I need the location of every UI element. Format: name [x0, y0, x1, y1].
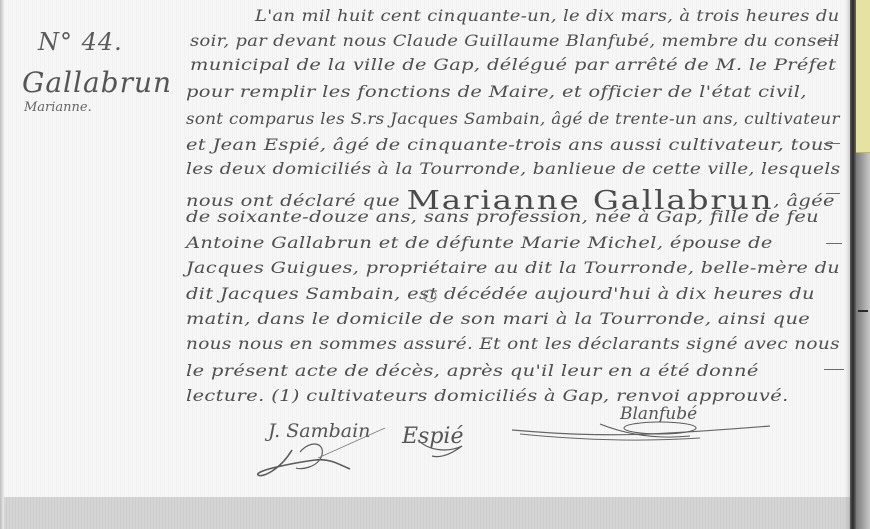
record-line-1: L'an mil huit cent cinquante-un, le dix …: [255, 7, 840, 25]
record-line-16: lecture. (1) cultivateurs domiciliés à G…: [186, 387, 789, 405]
record-line-11: Jacques Guigues, propriétaire au dit la …: [186, 259, 840, 277]
record-line-6: et Jean Espié, âgé de cinquante-trois an…: [186, 136, 834, 154]
record-number: N° 44.: [38, 28, 123, 56]
scanned-register-page: N° 44. Gallabrun Marianne. L'an mil huit…: [0, 0, 870, 529]
signature-sambain: J. Sambain: [268, 420, 370, 442]
line-filler-dash: [826, 243, 842, 244]
signature-blanfube: Blanfubé: [620, 404, 697, 424]
deceased-first-name: Marianne.: [24, 100, 92, 115]
record-line-15: le présent acte de décès, après qu'il le…: [186, 362, 759, 380]
record-line-5: sont comparus les S.rs Jacques Sambain, …: [186, 110, 840, 128]
record-line-4: pour remplir les fonctions de Maire, et …: [186, 83, 807, 101]
binding-cover-edge: [856, 153, 870, 529]
record-line-14: nous nous en sommes assuré. Et ont les d…: [186, 335, 840, 353]
record-line-12: dit Jacques Sambain, est décédée aujourd…: [186, 285, 815, 303]
record-line-3: municipal de la ville de Gap, délégué pa…: [190, 56, 836, 74]
line-filler-dash: [824, 143, 840, 144]
line-filler-dash: [820, 40, 838, 41]
record-line-9: de soixante-douze ans, sans profession, …: [186, 208, 819, 226]
line-filler-dash: [826, 193, 840, 194]
record-line-13: matin, dans le domicile de son mari à la…: [186, 310, 810, 328]
yellow-index-tab: [856, 0, 870, 153]
binding-mark: [858, 310, 868, 312]
signature-espie: Espié: [402, 424, 464, 449]
page-left-edge: [0, 0, 4, 529]
deceased-surname: Gallabrun: [22, 66, 172, 99]
line-filler-dash: [824, 369, 844, 370]
next-page-edge: [0, 497, 852, 529]
record-line-10: Antoine Gallabrun et de défunte Marie Mi…: [186, 234, 773, 252]
record-line-7: les deux domiciliés à la Tourronde, banl…: [186, 160, 841, 178]
record-line-2: soir, par devant nous Claude Guillaume B…: [190, 32, 840, 50]
